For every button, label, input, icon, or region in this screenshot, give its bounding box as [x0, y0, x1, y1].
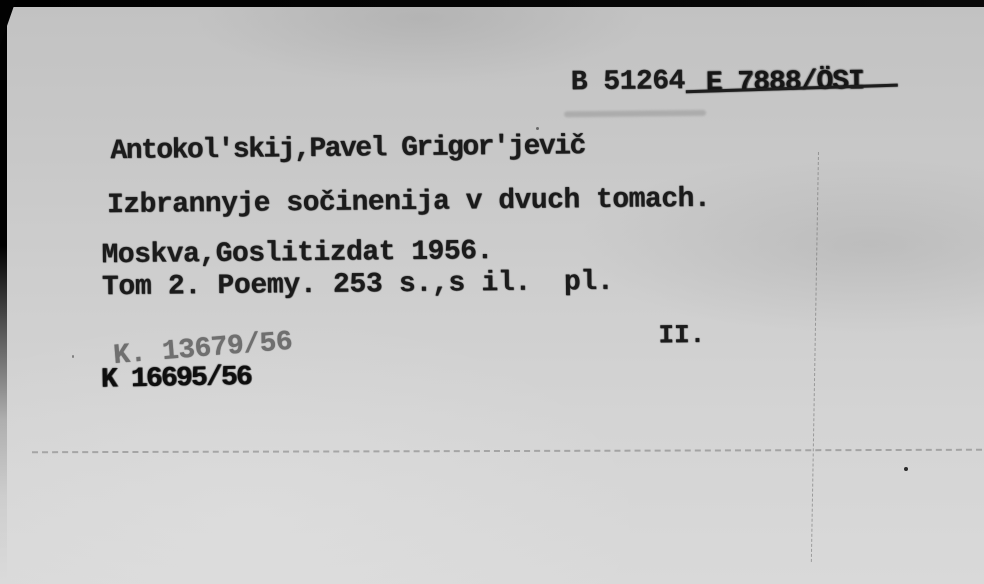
accession-number-stamped: K 16695/56 — [101, 362, 252, 396]
scanned-catalog-card-page: B 51264 E 7888/ÖSI Antokol'skij,Pavel Gr… — [0, 0, 984, 584]
dust-speck — [536, 127, 539, 130]
volume-number: II. — [658, 320, 705, 350]
dust-speck — [904, 467, 908, 471]
title-statement: Izbrannyje sočinenija v dvuch tomach. — [107, 184, 710, 221]
ink-smudge — [564, 110, 706, 117]
shelfmark-old-crossed-out: E 7888/ÖSI — [706, 66, 864, 99]
collation-statement: Tom 2. Poemy. 253 s.,s il. pl. — [102, 267, 614, 303]
shelfmark-current: B 51264 — [571, 66, 685, 98]
dust-speck — [72, 355, 74, 358]
imprint-statement: Moskva,Goslitizdat 1956. — [101, 236, 493, 271]
author-heading: Antokol'skij,Pavel Grigor'jevič — [110, 131, 585, 167]
typed-text-layer: B 51264 E 7888/ÖSI Antokol'skij,Pavel Gr… — [0, 0, 984, 584]
